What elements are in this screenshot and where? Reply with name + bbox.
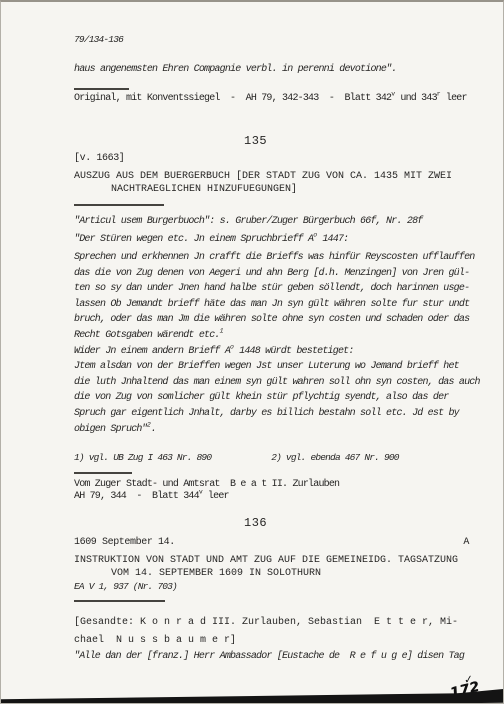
entry-136-gesandte: [Gesandte: K o n r a d III. Zurlauben, S… [74, 614, 483, 649]
page-content: 79/134-136 haus angenemsten Ehren Compag… [1, 2, 503, 662]
gesandte-line2: chael N u s s b a u m e r] [74, 632, 483, 650]
divider-rule [74, 600, 165, 602]
entry-135-date: [v. 1663] [74, 153, 483, 164]
quote-line: bruch, oder das man Jm die währen solte … [74, 312, 483, 328]
footnote-marker: 1 [220, 328, 224, 335]
text-segment: AH 79, 344 - Blatt 344 [74, 491, 199, 502]
entry-135-provenance: Vom Zuger Stadt- und Amtsrat B e a t II.… [74, 479, 483, 502]
text-segment: 1447: [317, 234, 348, 245]
quote-line: Jtem alsdan von der Brieffen wegen Jst u… [74, 359, 483, 375]
entry-134-closing-quote: haus angenemsten Ehren Compagnie verbl. … [74, 64, 483, 75]
text-segment: "Der Stüren wegen etc. Jn einem Spruchbr… [74, 234, 313, 245]
quote-line: lassen Ob Jemandt brieff häte das man Jn… [74, 297, 483, 313]
gesandte-line1: [Gesandte: K o n r a d III. Zurlauben, S… [74, 614, 483, 632]
catalog-page-ref: 79/134-136 [74, 35, 483, 45]
entry-136-corner-letter: A [463, 537, 469, 548]
text-segment: leer [203, 491, 229, 502]
text-segment: Wider Jn einem andern Brieff A [74, 346, 230, 357]
entry-135-title-line2: NACHTRAEGLICHEN HINZUFUEGUNGEN] [74, 183, 483, 196]
entry-136-date: 1609 September 14. [74, 537, 175, 548]
quote-line: ten so sy dan under Jnen hand halbe stür… [74, 281, 483, 297]
entry-135-source-note: "Articul usem Burgerbuoch": s. Gruber/Zu… [74, 216, 483, 227]
text-segment: Recht Gotsgaben wärendt etc. [74, 330, 220, 341]
footnote-2: 2) vgl. ebenda 467 Nr. 900 [271, 453, 398, 463]
quote-line: die von Zug von somlicher gült khein stü… [74, 390, 483, 406]
entry-136-source-note: EA V 1, 937 (Nr. 703) [74, 582, 483, 592]
entry-136-title-line2: VOM 14. SEPTEMBER 1609 IN SOLOTHURN [74, 567, 483, 580]
quote-line: obigen Spruch"2. [74, 422, 483, 438]
entry-135-quote-block: Sprechen und erkhennen Jn crafft die Bri… [74, 250, 483, 437]
divider-rule [74, 88, 129, 90]
footnote-1: 1) vgl. UB Zug I 463 Nr. 890 [74, 453, 211, 463]
divider-rule [74, 472, 132, 474]
entry-136-title-line1: INSTRUKTION VON STADT UND AMT ZUG AUF DI… [74, 554, 483, 567]
quote-line: das die von Zug denen von Aegeri und ahn… [74, 266, 483, 282]
text-segment: Original, mit Konventssiegel - AH 79, 34… [74, 93, 391, 104]
entry-136-number: 136 [74, 517, 483, 530]
document-page: 79/134-136 haus angenemsten Ehren Compag… [0, 0, 504, 704]
entry-136-quote-line: "Alle dan der [franz.] Herr Ambassador [… [74, 651, 483, 662]
text-segment: . [151, 424, 156, 435]
text-segment: und 343 [395, 93, 437, 104]
entry-136-date-row: 1609 September 14.A [74, 537, 483, 548]
text-segment: leer [441, 93, 467, 104]
provenance-line1: Vom Zuger Stadt- und Amtsrat B e a t II.… [74, 479, 483, 491]
quote-line: Wider Jn einem andern Brieff Ao 1448 wür… [74, 344, 483, 360]
entry-134-original-note: Original, mit Konventssiegel - AH 79, 34… [74, 93, 483, 105]
quote-line: Sprechen und erkhennen Jn crafft die Bri… [74, 250, 483, 266]
divider-rule [74, 204, 164, 206]
entry-135-title-line1: AUSZUG AUS DEM BUERGERBUCH [DER STADT ZU… [74, 170, 483, 183]
quote-line: die luth Jnhaltend das man einem syn gül… [74, 375, 483, 391]
quote-line: Recht Gotsgaben wärendt etc.1 [74, 328, 483, 344]
text-segment: obigen Spruch" [74, 424, 147, 435]
quote-line: Spruch gar eigentlich Jnhalt, darby es b… [74, 406, 483, 422]
entry-135-number: 135 [74, 135, 483, 148]
text-segment: 1448 würdt bestetiget: [234, 346, 354, 357]
quote-line: "Der Stüren wegen etc. Jn einem Spruchbr… [74, 234, 483, 245]
scan-edge-shadow [0, 693, 504, 704]
provenance-line2: AH 79, 344 - Blatt 344v leer [74, 491, 483, 503]
entry-135-footnotes: 1) vgl. UB Zug I 463 Nr. 890 2) vgl. ebe… [74, 453, 483, 463]
